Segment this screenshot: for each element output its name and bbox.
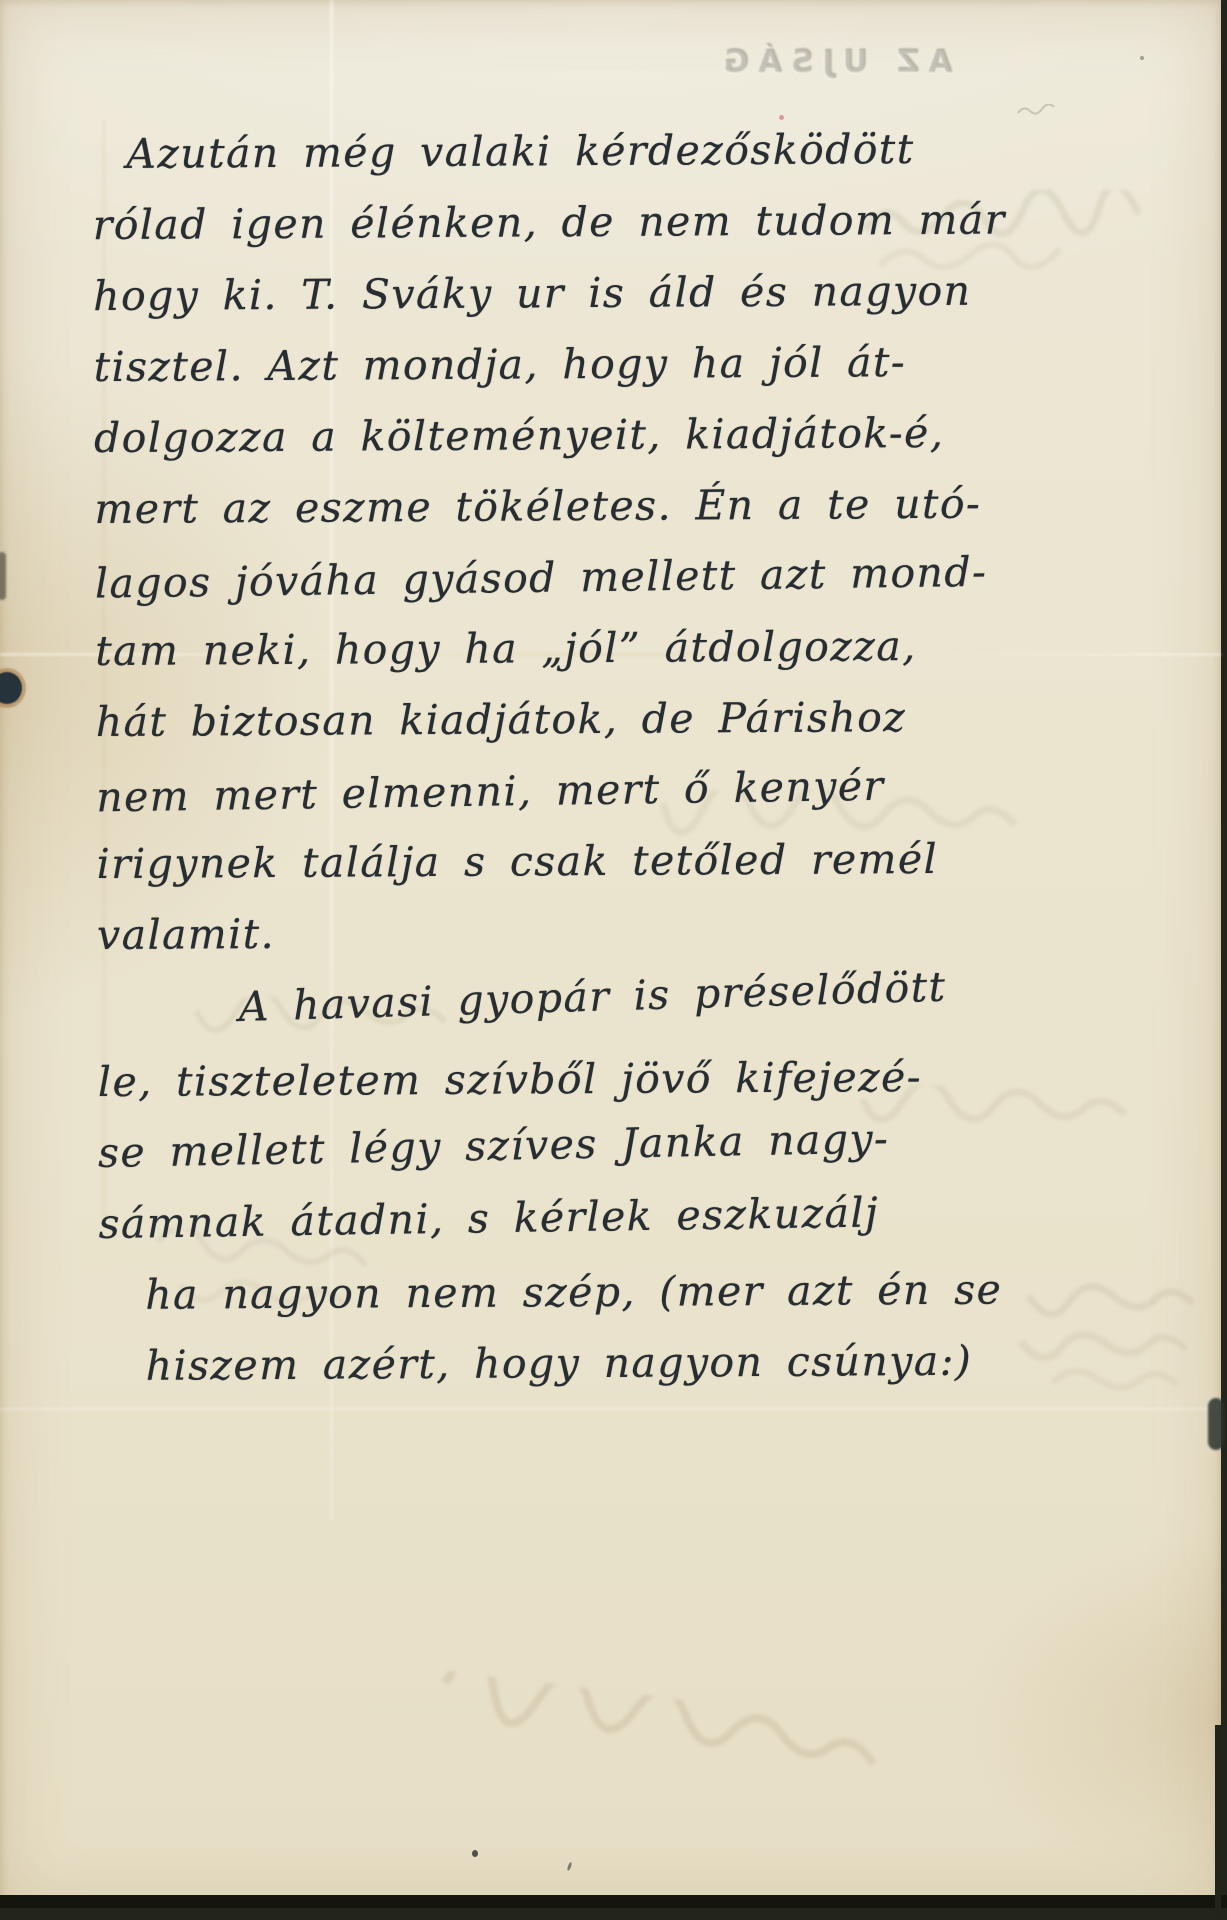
scanner-bottom-strip [0, 1895, 1227, 1908]
handwriting-line: mert az eszme tökéletes. Én a te utó- [94, 468, 1094, 545]
handwriting-line: Azután még valaki kérdezősködött [92, 113, 1092, 190]
handwriting-line: sámnak átadni, s kérlek eszkuzálj [98, 1174, 1099, 1260]
handwriting-line: hogy ki. T. Sváky ur is áld és nagyon [93, 255, 1093, 332]
handwriting-line: dolgozza a költeményeit, kiadjátok-é, [94, 397, 1094, 474]
embossed-letterhead-stamp: AZ UJSÁG [742, 44, 952, 80]
edge-ink-dash [0, 552, 6, 600]
handwriting-line: rólad igen élénken, de nem tudom már [93, 184, 1093, 261]
handwriting-line: hát biztosan kiadjátok, de Párishoz [96, 681, 1096, 758]
letter-body: Azután még valaki kérdezősködött rólad i… [92, 113, 1100, 1402]
handwriting-line: tisztel. Azt mondja, hogy ha jól át- [93, 326, 1093, 403]
scanner-right-edge [1215, 1725, 1221, 1920]
ink-dot [472, 1850, 478, 1857]
handwriting-line: lagos jóváha gyásod mellett azt mond- [94, 535, 1095, 619]
right-edge-smudge [1208, 1398, 1224, 1450]
ink-dot [1140, 56, 1144, 60]
scanned-letter-page: { "letter": { "language": "Hungarian", "… [0, 0, 1227, 1920]
ink-dot [567, 1862, 573, 1871]
handwriting-line: tam neki, hogy ha „jól” átdolgozza, [95, 610, 1095, 687]
handwriting-line: hiszem azért, hogy nagyon csúnya:) [99, 1325, 1099, 1402]
ghost-writing-line [318, 1656, 883, 1798]
handwriting-line: nem mert elmenni, mert ő kenyér [96, 748, 1097, 834]
paragraph-1: Azután még valaki kérdezősködött rólad i… [92, 113, 1097, 971]
handwriting-line: irigynek találja s csak tetőled remél [96, 823, 1096, 900]
horizontal-fold-crease-2 [0, 1408, 1221, 1410]
paragraph-2: A havasi gyopár is préselődött le, tiszt… [97, 970, 1100, 1402]
handwriting-line: ha nagyon nem szép, (mer azt én se [99, 1254, 1099, 1331]
letter-paper-sheet: AZ UJSÁG [0, 0, 1221, 1908]
edge-ink-blot [0, 672, 22, 704]
